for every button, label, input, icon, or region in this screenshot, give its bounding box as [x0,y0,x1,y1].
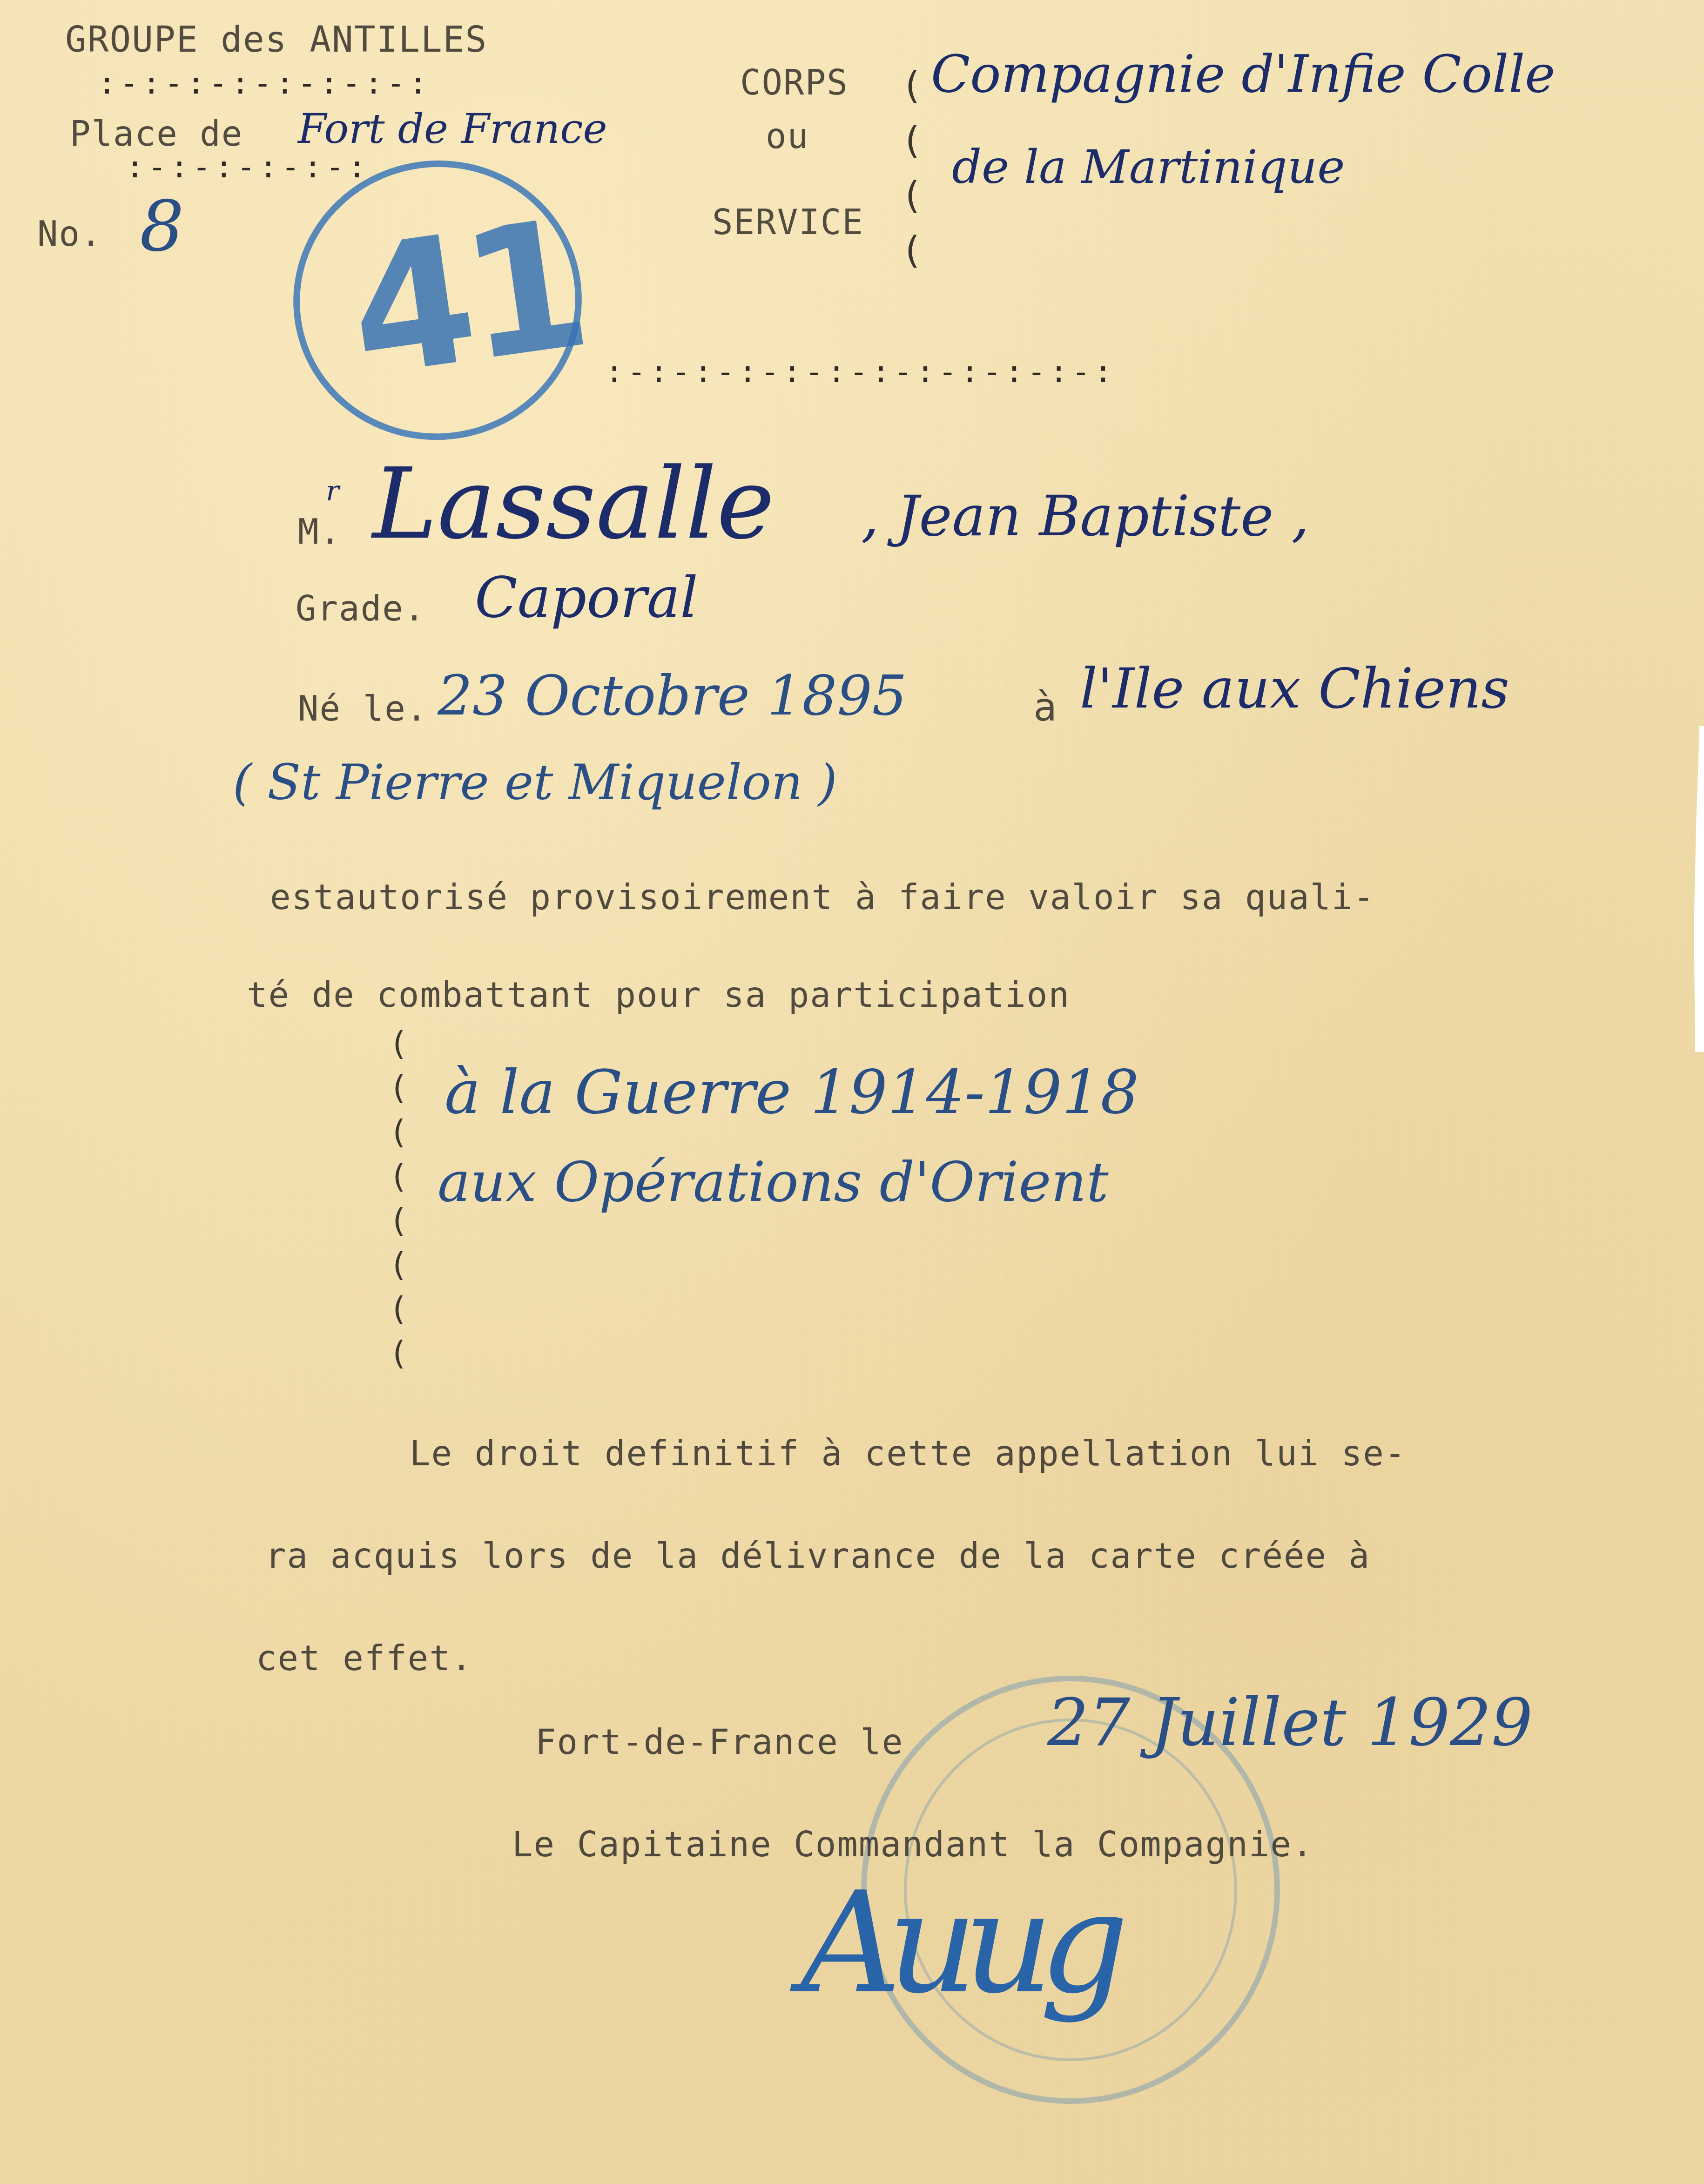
section-divider: :-:-:-:-:-:-:-:-:-:-:-: [605,354,1116,390]
place-divider: :-:-:-:-:-: [126,149,370,185]
born-place: l'Ile aux Chiens [1080,656,1509,721]
body-line-1: estautorisé provisoirement à faire valoi… [270,877,1375,917]
signatory-title: Le Capitaine Commandant la Compagnie. [512,1825,1313,1865]
surname: Lassalle [372,447,775,561]
place-date-typed: Fort-de-France le [535,1722,903,1762]
grade-value: Caporal [475,566,698,630]
participation-line-2: aux Opérations d'Orient [438,1150,1109,1214]
group-divider: :-:-:-:-:-:-:-: [98,65,431,101]
circled-number: 41 [338,181,592,417]
service-label: SERVICE [712,202,864,243]
place-label: Place de [70,114,243,154]
body-line-2: té de combattant pour sa participation [247,975,1070,1015]
paragraph2-line-1: Le droit definitif à cette appellation l… [410,1434,1406,1474]
corps-bracket: (((( [901,58,923,278]
given-names: , Jean Baptiste , [861,484,1309,549]
signature: Auug [801,1862,1115,2024]
born-label: Né le. [298,689,428,729]
group-heading: GROUPE des ANTILLES [65,19,487,60]
grade-label: Grade. [296,589,425,629]
title-label: M. [298,512,341,552]
paragraph2-line-3: cet effet. [256,1638,473,1678]
corps-label: CORPS [740,63,849,103]
ou-label: ou [766,116,809,156]
corps-value-line1: Compagnie d'Infie Colle [931,44,1555,104]
date-handwritten: 27 Juillet 1929 [1047,1685,1533,1761]
paragraph2-line-2: ra acquis lors de la délivrance de la ca… [265,1536,1370,1576]
place-value: Fort de France [298,105,607,153]
title-suffix: r [326,475,339,507]
born-date: 23 Octobre 1895 [438,663,907,728]
participation-bracket: (((((((( [389,1022,408,1375]
number-value: 8 [140,186,184,267]
corps-value-line2: de la Martinique [952,140,1345,194]
born-place-prefix: à [1033,684,1058,730]
born-region: ( St Pierre et Miquelon ) [233,754,837,811]
number-label: No. [37,214,102,254]
participation-line-1: à la Guerre 1914-1918 [445,1057,1139,1127]
